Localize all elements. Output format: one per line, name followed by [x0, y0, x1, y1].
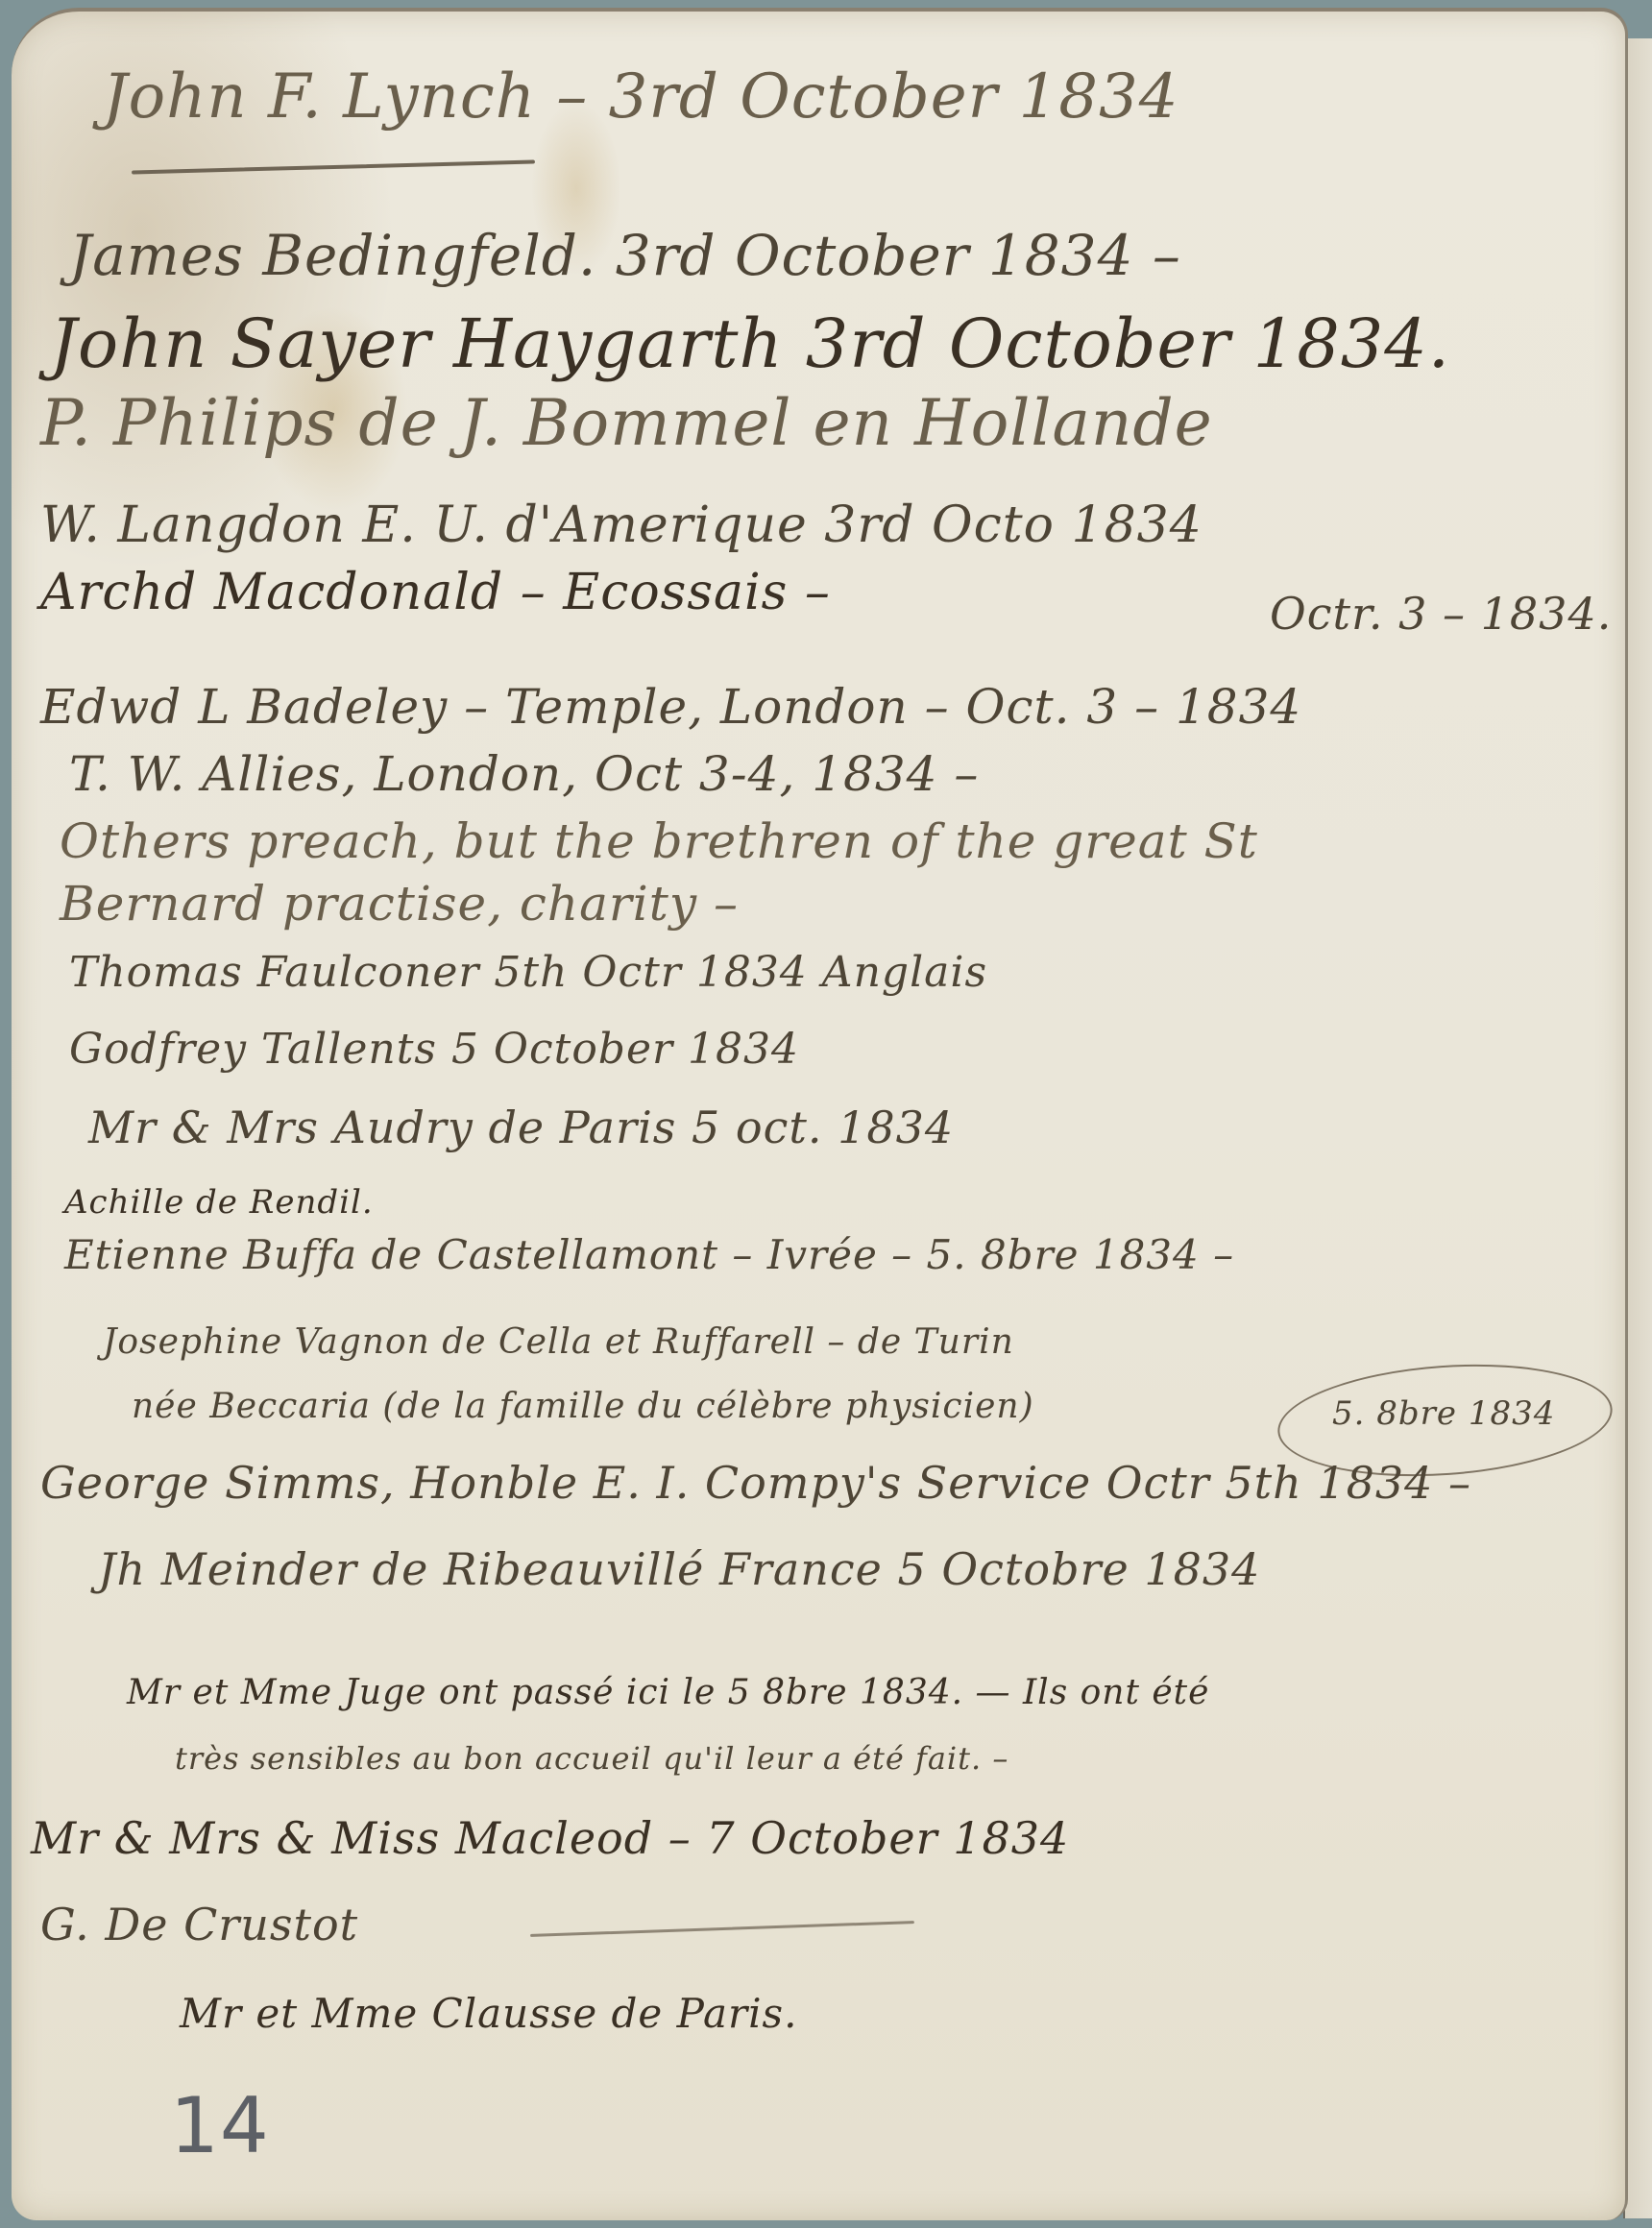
entry-macdonald: Archd Macdonald – Ecossais –: [40, 564, 831, 621]
entry-macdonald-date: Octr. 3 – 1834.: [1270, 588, 1612, 640]
register-page: John F. Lynch – 3rd October 1834 James B…: [12, 8, 1628, 2220]
page-number: 14: [170, 2081, 270, 2170]
entry-badeley: Edwd L Badeley – Temple, London – Oct. 3…: [40, 679, 1301, 735]
entry-clausse: Mr et Mme Clausse de Paris.: [180, 1990, 797, 2037]
entry-faulconer: Thomas Faulconer 5th Octr 1834 Anglais: [69, 948, 987, 997]
entry-castellamont: Etienne Buffa de Castellamont – Ivrée – …: [64, 1231, 1234, 1278]
entry-motto-line1: Others preach, but the brethren of the g…: [60, 813, 1258, 869]
entry-haygarth: John Sayer Haygarth 3rd October 1834.: [50, 304, 1450, 383]
entry-rendil: Achille de Rendil.: [64, 1183, 374, 1222]
entry-langdon: W. Langdon E. U. d'Amerique 3rd Octo 183…: [40, 496, 1203, 554]
entry-bedingfeld: James Bedingfeld. 3rd October 1834 –: [69, 223, 1181, 288]
entry-juge-line2: très sensibles au bon accueil qu'il leur…: [175, 1740, 1008, 1777]
entry-philips: P. Philips de J. Bommel en Hollande: [40, 386, 1213, 460]
entry-motto-line2: Bernard practise, charity –: [60, 876, 739, 932]
entry-allies: T. W. Allies, London, Oct 3-4, 1834 –: [69, 746, 979, 802]
signature-underline: [132, 160, 535, 175]
entry-lynch: John F. Lynch – 3rd October 1834: [103, 61, 1178, 133]
entry-circled-date: 5. 8bre 1834: [1332, 1394, 1555, 1433]
entry-juge-line1: Mr et Mme Juge ont passé ici le 5 8bre 1…: [127, 1673, 1209, 1712]
entry-meinder: Jh Meinder de Ribeauvillé France 5 Octob…: [98, 1543, 1260, 1595]
entry-vagnon: Josephine Vagnon de Cella et Ruffarell –…: [103, 1322, 1014, 1362]
entry-tallents: Godfrey Tallents 5 October 1834: [69, 1025, 799, 1074]
separator-stroke: [530, 1921, 914, 1937]
entry-audry: Mr & Mrs Audry de Paris 5 oct. 1834: [88, 1102, 954, 1153]
entry-beccaria: née Beccaria (de la famille du célèbre p…: [132, 1387, 1034, 1426]
entry-simms: George Simms, Honble E. I. Compy's Servi…: [40, 1457, 1471, 1509]
entry-crustot: G. De Crustot: [40, 1899, 358, 1950]
entry-macleod: Mr & Mrs & Miss Macleod – 7 October 1834: [31, 1812, 1069, 1864]
